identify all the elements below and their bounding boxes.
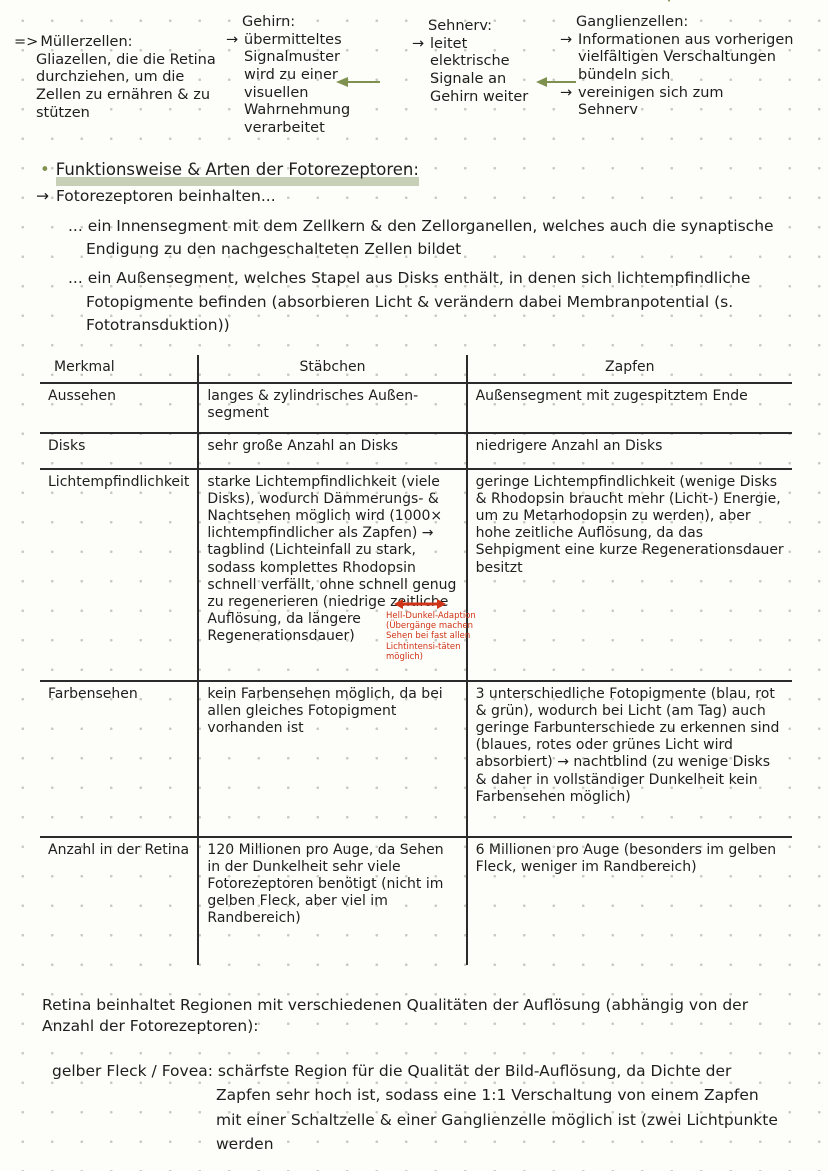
arrow-right-glyph: → [226, 32, 242, 50]
arrow-left-icon [536, 74, 576, 90]
flow-box-ganglienzellen: Ganglienzellen: → Informationen aus vorh… [560, 14, 822, 138]
column-header-zapfen: Zapfen [467, 355, 792, 383]
list-item: ... ein Innensegment mit dem Zellkern & … [68, 215, 774, 262]
flow-body-muellerzellen: Gliazellen, die die Retina durchziehen, … [14, 52, 226, 123]
table-cell-zapfen: 3 unterschiedliche Fotopigmente (blau, r… [467, 681, 792, 837]
flow-title-sehnerv: Sehnerv: [412, 18, 560, 36]
table-cell-zapfen: 6 Millionen pro Auge (besonders im gelbe… [467, 837, 792, 965]
table-row-farbensehen: Farbensehen kein Farbensehen möglich, da… [40, 681, 792, 837]
red-margin-note: Hell-Dunkel-Adaption (Übergänge machen S… [386, 598, 488, 662]
flow-title-gehirn: Gehirn: [226, 14, 412, 32]
arrow-right-glyph: → [36, 187, 49, 205]
flow-title-muellerzellen: Müllerzellen: [40, 34, 132, 52]
retina-paragraph: Retina beinhaltet Regionen mit verschied… [42, 995, 766, 1037]
table-header-row: Merkmal Stäbchen Zapfen [40, 355, 792, 383]
table-cell-merkmal: Disks [40, 433, 198, 469]
table-row-anzahl-retina: Anzahl in der Retina 120 Millionen pro A… [40, 837, 792, 965]
arrow-right-glyph: → [560, 32, 576, 50]
section-heading-text: Funktionsweise & Arten der Fotorezeptore… [56, 160, 419, 186]
intro-line: → Fotorezeptoren beinhalten... [36, 187, 828, 205]
arrow-right-glyph: → [412, 36, 428, 54]
retina-flowchart: => Müllerzellen: Gliazellen, die die Ret… [0, 0, 828, 138]
flow-title-ganglienzellen: Ganglienzellen: [560, 14, 822, 32]
table-cell-merkmal: Aussehen [40, 383, 198, 433]
table-cell-zapfen: niedrigere Anzahl an Disks [467, 433, 792, 469]
table-cell-staebchen: sehr große Anzahl an Disks [198, 433, 466, 469]
fovea-label: gelber Fleck / Fovea: [52, 1062, 213, 1080]
list-item: ... ein Außensegment, welches Stapel aus… [68, 267, 774, 337]
flow-box-muellerzellen: => Müllerzellen: Gliazellen, die die Ret… [14, 14, 226, 138]
intro-text: Fotorezeptoren beinhalten... [56, 187, 276, 205]
table-cell-zapfen: Außensegment mit zugespitztem Ende [467, 383, 792, 433]
flow-item-ganglienzellen-1: vereinigen sich zum Sehnerv [578, 85, 748, 120]
red-note-text: Hell-Dunkel-Adaption (Übergänge machen S… [386, 611, 476, 662]
table-cell-merkmal: Lichtempfindlichkeit [40, 469, 198, 681]
double-arrow-right-glyph: => [14, 34, 38, 52]
arrow-down-icon [658, 0, 680, 4]
table-row-disks: Disks sehr große Anzahl an Disks niedrig… [40, 433, 792, 469]
flow-item-ganglienzellen-0: Informationen aus vorherigen vielfältige… [578, 32, 800, 85]
arrow-left-icon [336, 74, 380, 90]
double-headed-arrow-icon [394, 598, 446, 610]
flow-box-gehirn: Gehirn: → übermitteltes Signalmuster wir… [226, 14, 412, 138]
intro-bullet-list: ... ein Innensegment mit dem Zellkern & … [68, 215, 774, 337]
table-cell-staebchen: 120 Millionen pro Auge, da Sehen in der … [198, 837, 466, 965]
table-cell-staebchen: kein Farbensehen möglich, da bei allen g… [198, 681, 466, 837]
column-header-staebchen: Stäbchen [198, 355, 466, 383]
fovea-text: schärfste Region für die Qualität der Bi… [216, 1062, 778, 1153]
bullet-icon: • [40, 160, 50, 179]
table-cell-merkmal: Anzahl in der Retina [40, 837, 198, 965]
column-header-merkmal: Merkmal [40, 355, 198, 383]
table-cell-merkmal: Farbensehen [40, 681, 198, 837]
fovea-note: gelber Fleck / Fovea: schärfste Region f… [44, 1059, 784, 1156]
handwritten-notes-page: => Müllerzellen: Gliazellen, die die Ret… [0, 0, 828, 1171]
table-cell-zapfen: geringe Lichtempfindlichkeit (wenige Dis… [467, 469, 792, 681]
table-row-aussehen: Aussehen langes & zylindrisches Außen-se… [40, 383, 792, 433]
flow-item-sehnerv-0: leitet elektrische Signale an Gehirn wei… [430, 36, 538, 107]
section-heading: •Funktionsweise & Arten der Fotorezeptor… [40, 160, 828, 179]
table-cell-staebchen: langes & zylindrisches Außen-segment [198, 383, 466, 433]
